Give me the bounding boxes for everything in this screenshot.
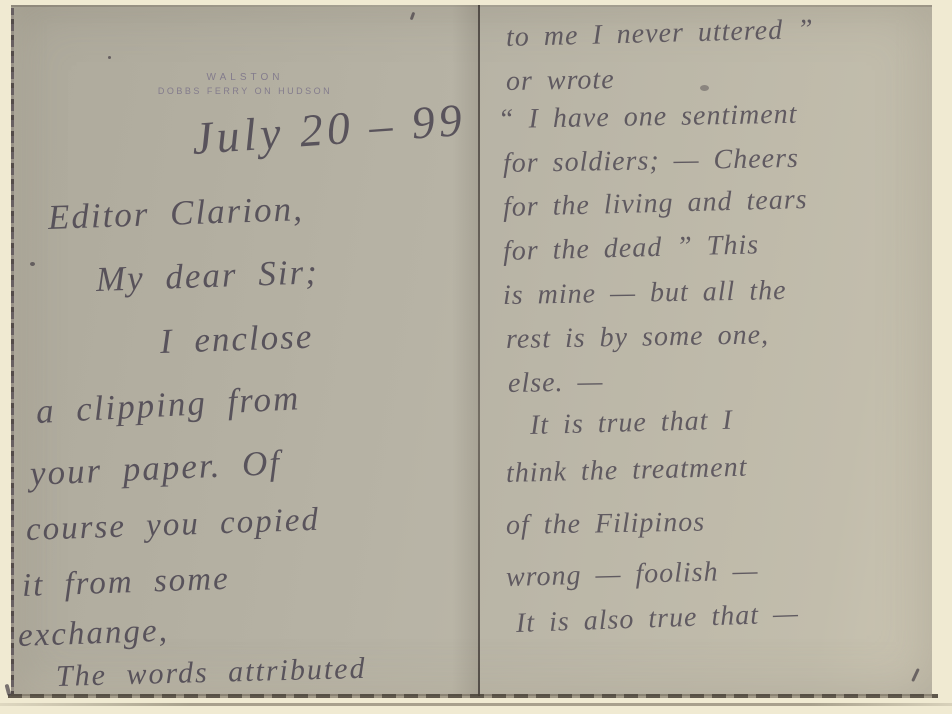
ink-speck xyxy=(108,56,111,59)
handwritten-line-left-3: I enclose xyxy=(159,317,314,362)
handwritten-line-right-2: or wrote xyxy=(506,64,615,98)
letterhead-name: WALSTON xyxy=(120,72,370,83)
fold-crease-line xyxy=(478,5,480,696)
ink-speck xyxy=(700,85,709,91)
handwritten-line-right-3: “ I have one sentiment xyxy=(498,99,798,136)
handwritten-line-right-13: wrong — foolish — xyxy=(506,555,759,594)
handwritten-line-right-4: for soldiers; — Cheers xyxy=(503,143,799,180)
letterhead: WALSTON DOBBS FERRY ON HUDSON xyxy=(120,72,370,96)
handwritten-line-left-7: it from some xyxy=(21,561,230,605)
handwritten-line-left-8: exchange, xyxy=(17,613,169,655)
handwritten-line-right-12: of the Filipinos xyxy=(506,507,706,542)
handwritten-line-right-10: It is true that I xyxy=(530,405,734,442)
paper-left-edge xyxy=(11,8,14,694)
letter-photograph: WALSTON DOBBS FERRY ON HUDSON July 20 – … xyxy=(0,0,952,714)
handwritten-line-right-11: think the treatment xyxy=(506,452,748,490)
ink-speck xyxy=(30,262,35,266)
handwritten-line-left-2: My dear Sir; xyxy=(95,252,319,300)
letterhead-address: DOBBS FERRY ON HUDSON xyxy=(120,86,370,96)
handwritten-line-right-9: else. — xyxy=(508,366,604,400)
paper-bottom-edge xyxy=(8,694,938,698)
page-shadow-line xyxy=(0,703,952,706)
handwritten-line-right-6: for the dead ” This xyxy=(503,229,760,268)
handwritten-line-right-8: rest is by some one, xyxy=(506,319,770,356)
handwritten-line-right-7: is mine — but all the xyxy=(503,275,787,312)
